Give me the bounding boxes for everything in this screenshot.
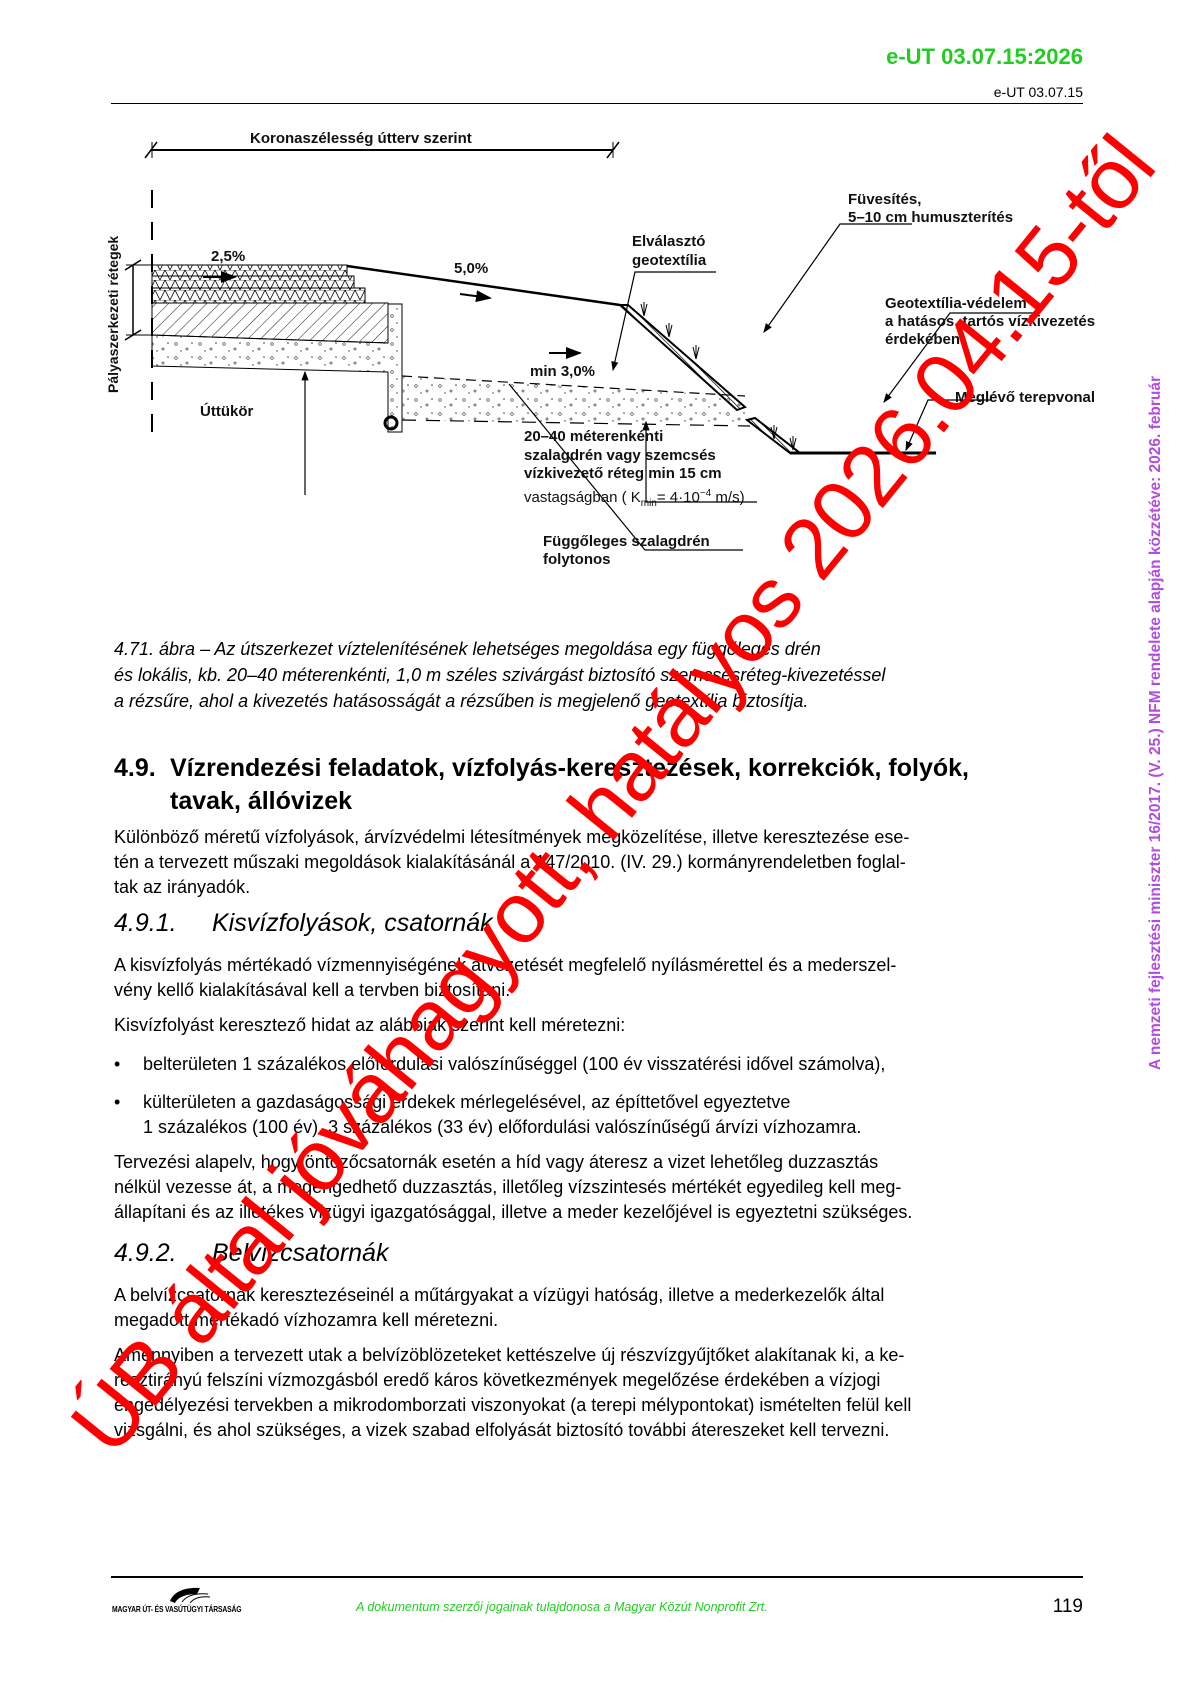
list-item: • belterületen 1 százalékos előfordulási… bbox=[114, 1052, 885, 1077]
paragraph-4-9-2-b: Amennyiben a tervezett utak a belvízöblö… bbox=[114, 1343, 1084, 1443]
header-rule bbox=[111, 103, 1083, 104]
label-separator-geotextile-2: geotextília bbox=[632, 251, 706, 270]
list-item: • külterületen a gazdaságossági érdekek … bbox=[114, 1090, 861, 1140]
section-heading: 4.9.Vízrendezési feladatok, vízfolyás-ke… bbox=[114, 752, 969, 818]
label-drain-4: vastagságban ( Kmin= 4·10−4 m/s) bbox=[524, 484, 745, 513]
label-vertical-drain-2: folytonos bbox=[543, 550, 611, 569]
document-code: e-UT 03.07.15:2026 bbox=[886, 44, 1083, 70]
figure-road-drainage-cross-section: Koronaszélesség útterv szerint Pályaszer… bbox=[100, 130, 1100, 630]
label-subgrade: Úttükör bbox=[200, 402, 253, 421]
subsection-heading-4-9-2: 4.9.2.Belvízcsatornák bbox=[114, 1238, 388, 1268]
label-existing-terrain: Meglévő terepvonal bbox=[955, 388, 1095, 407]
label-pavement-layers: Pályaszerkezeti rétegek bbox=[104, 236, 123, 393]
organization-logo-icon bbox=[112, 1585, 262, 1621]
label-grassing-2: 5–10 cm humuszterítés bbox=[848, 208, 1013, 227]
label-drain-3: vízkivezető réteg min 15 cm bbox=[524, 464, 722, 483]
document-subcode: e-UT 03.07.15 bbox=[994, 84, 1083, 100]
bullet-icon: • bbox=[114, 1090, 134, 1115]
label-grassing-1: Füvesítés, bbox=[848, 190, 921, 209]
paragraph-4-9-2-a: A belvízcsatornák keresztezéseinél a műt… bbox=[114, 1283, 1084, 1333]
organization-name: MAGYAR ÚT- ÉS VASÚTÜGYI TÁRSASÁG bbox=[112, 1604, 241, 1614]
label-drain-1: 20–40 méterenkénti bbox=[524, 427, 663, 446]
label-slope-2-5: 2,5% bbox=[211, 247, 245, 266]
label-geotextile-protection-1: Geotextília-védelem bbox=[885, 294, 1027, 313]
label-min-slope: min 3,0% bbox=[530, 362, 595, 381]
subsection-heading-4-9-1: 4.9.1.Kisvízfolyások, csatornák bbox=[114, 908, 493, 938]
label-geotextile-protection-2: a hatásos, tartós vízkivezetés bbox=[885, 312, 1095, 331]
page-number: 119 bbox=[1053, 1596, 1083, 1618]
copyright-notice: A dokumentum szerzői jogainak tulajdonos… bbox=[356, 1600, 768, 1614]
label-slope-5-0: 5,0% bbox=[454, 259, 488, 278]
paragraph-4-9-1-a: A kisvízfolyás mértékadó vízmennyiségéne… bbox=[114, 953, 1084, 1003]
label-geotextile-protection-3: érdekében bbox=[885, 330, 960, 349]
label-vertical-drain-1: Függőleges szalagdrén bbox=[543, 532, 710, 551]
bullet-icon: • bbox=[114, 1052, 134, 1077]
paragraph-4-9-1-c: Tervezési alapelv, hogy öntözőcsatornák … bbox=[114, 1150, 1084, 1225]
figure-caption: 4.71. ábra – Az útszerkezet víztelenítés… bbox=[114, 636, 1094, 714]
label-drain-2: szalagdrén vagy szemcsés bbox=[524, 446, 716, 465]
label-separator-geotextile-1: Elválasztó bbox=[632, 232, 705, 251]
section-intro-paragraph: Különböző méretű vízfolyások, árvízvédel… bbox=[114, 825, 1084, 900]
label-crown-width: Koronaszélesség útterv szerint bbox=[250, 129, 472, 148]
publication-side-note: A nemzeti fejlesztési miniszter 16/2017.… bbox=[1147, 376, 1165, 1070]
footer-rule bbox=[111, 1576, 1083, 1578]
paragraph-4-9-1-b: Kisvízfolyást keresztező hidat az alábbi… bbox=[114, 1013, 1084, 1038]
